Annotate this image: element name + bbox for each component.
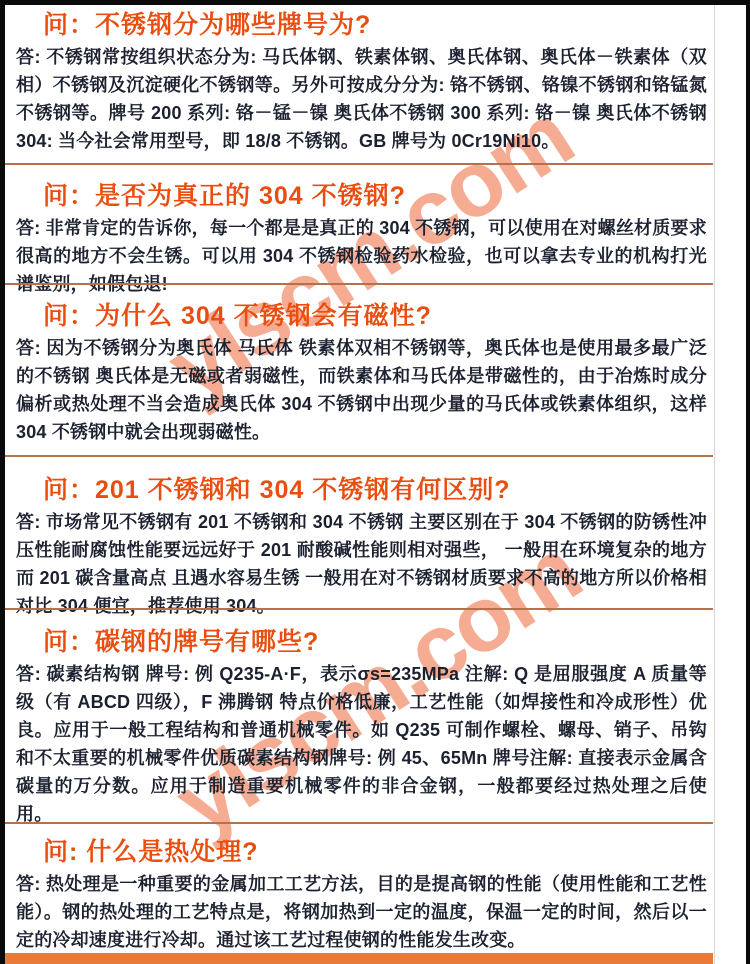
answer-text: 答: 因为不锈钢分为奥氏体 马氏体 铁素体双相不锈钢等，奥氏体也是使用最多最广泛… xyxy=(16,334,707,446)
answer-text: 答: 热处理是一种重要的金属加工工艺方法，目的是提高钢的性能（使用性能和工艺性能… xyxy=(16,870,707,954)
question-heading: 问：是否为真正的 304 不锈钢? xyxy=(43,181,713,211)
question-heading: 问：不锈钢分为哪些牌号为? xyxy=(43,10,713,40)
answer-text: 答: 非常肯定的告诉你，每一个都是是真正的 304 不锈钢，可以使用在对螺丝材质… xyxy=(16,214,707,298)
faq-content: 问：不锈钢分为哪些牌号为? 答: 不锈钢常按组织状态分为: 马氏体钢、铁素体钢、… xyxy=(5,5,713,959)
faq-section-6: 问: 什么是热处理? 答: 热处理是一种重要的金属加工工艺方法，目的是提高钢的性… xyxy=(5,837,713,954)
question-heading: 问: 什么是热处理? xyxy=(43,837,713,867)
answer-text: 答: 碳素结构钢 牌号: 例 Q235-A·F，表示σs=235MPa 注解: … xyxy=(16,660,707,828)
faq-section-5: 问：碳钢的牌号有哪些? 答: 碳素结构钢 牌号: 例 Q235-A·F，表示σs… xyxy=(5,627,713,828)
question-heading: 问：碳钢的牌号有哪些? xyxy=(43,627,713,657)
section-divider xyxy=(5,455,713,457)
photo-border-left xyxy=(0,0,5,964)
section-divider xyxy=(5,163,713,165)
photo-border-top xyxy=(0,0,750,5)
answer-text: 答: 不锈钢常按组织状态分为: 马氏体钢、铁素体钢、奥氏体钢、奥氏体－铁素体（双… xyxy=(16,43,707,155)
section-divider xyxy=(5,822,713,824)
faq-section-3: 问：为什么 304 不锈钢会有磁性? 答: 因为不锈钢分为奥氏体 马氏体 铁素体… xyxy=(5,301,713,446)
faq-section-1: 问：不锈钢分为哪些牌号为? 答: 不锈钢常按组织状态分为: 马氏体钢、铁素体钢、… xyxy=(5,10,713,155)
faq-page: ylscm.com ylscm.com 问：不锈钢分为哪些牌号为? 答: 不锈钢… xyxy=(0,0,750,964)
photo-border-right xyxy=(746,0,750,964)
faq-section-2: 问：是否为真正的 304 不锈钢? 答: 非常肯定的告诉你，每一个都是是真正的 … xyxy=(5,181,713,298)
question-heading: 问：为什么 304 不锈钢会有磁性? xyxy=(43,301,713,331)
section-divider xyxy=(5,608,713,610)
section-divider xyxy=(5,283,713,285)
faq-section-4: 问：201 不锈钢和 304 不锈钢有何区别? 答: 市场常见不锈钢有 201 … xyxy=(5,475,713,620)
bottom-orange-bar xyxy=(5,953,713,964)
question-heading: 问：201 不锈钢和 304 不锈钢有何区别? xyxy=(43,475,713,505)
answer-text: 答: 市场常见不锈钢有 201 不锈钢和 304 不锈钢 主要区别在于 304 … xyxy=(16,508,707,620)
page-edge-line xyxy=(714,0,715,964)
